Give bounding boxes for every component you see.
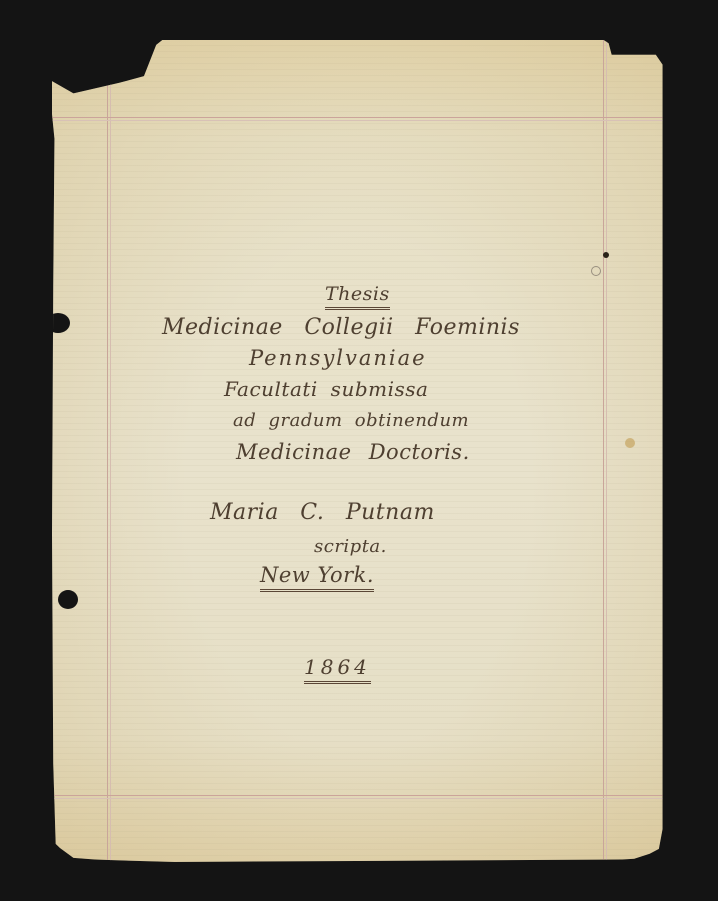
thesis-heading: Thesis — [325, 283, 390, 310]
year-label: 1864 — [304, 655, 371, 684]
binding-hole-bottom — [58, 590, 78, 609]
stain-spot — [625, 438, 635, 448]
author-name: Maria C. Putnam — [210, 500, 435, 525]
paper-blemish — [591, 266, 601, 276]
binding-hole-top — [46, 313, 70, 333]
top-margin-rule — [52, 117, 665, 118]
title-line-1: Medicinae Collegii Foeminis — [162, 315, 520, 340]
title-line-5: Medicinae Doctoris. — [236, 440, 470, 464]
left-margin-rule — [107, 40, 108, 862]
place-label: New York. — [260, 563, 374, 592]
manuscript-page: Thesis Medicinae Collegii Foeminis Penns… — [52, 40, 665, 862]
title-line-3: Facultati submissa — [224, 377, 428, 401]
title-line-4: ad gradum obtinendum — [233, 410, 469, 431]
title-line-2: Pennsylvaniae — [249, 346, 427, 370]
scripta-label: scripta. — [314, 536, 387, 557]
ink-spot — [603, 252, 609, 258]
bottom-margin-rule — [52, 795, 665, 796]
right-margin-rule — [603, 40, 604, 862]
